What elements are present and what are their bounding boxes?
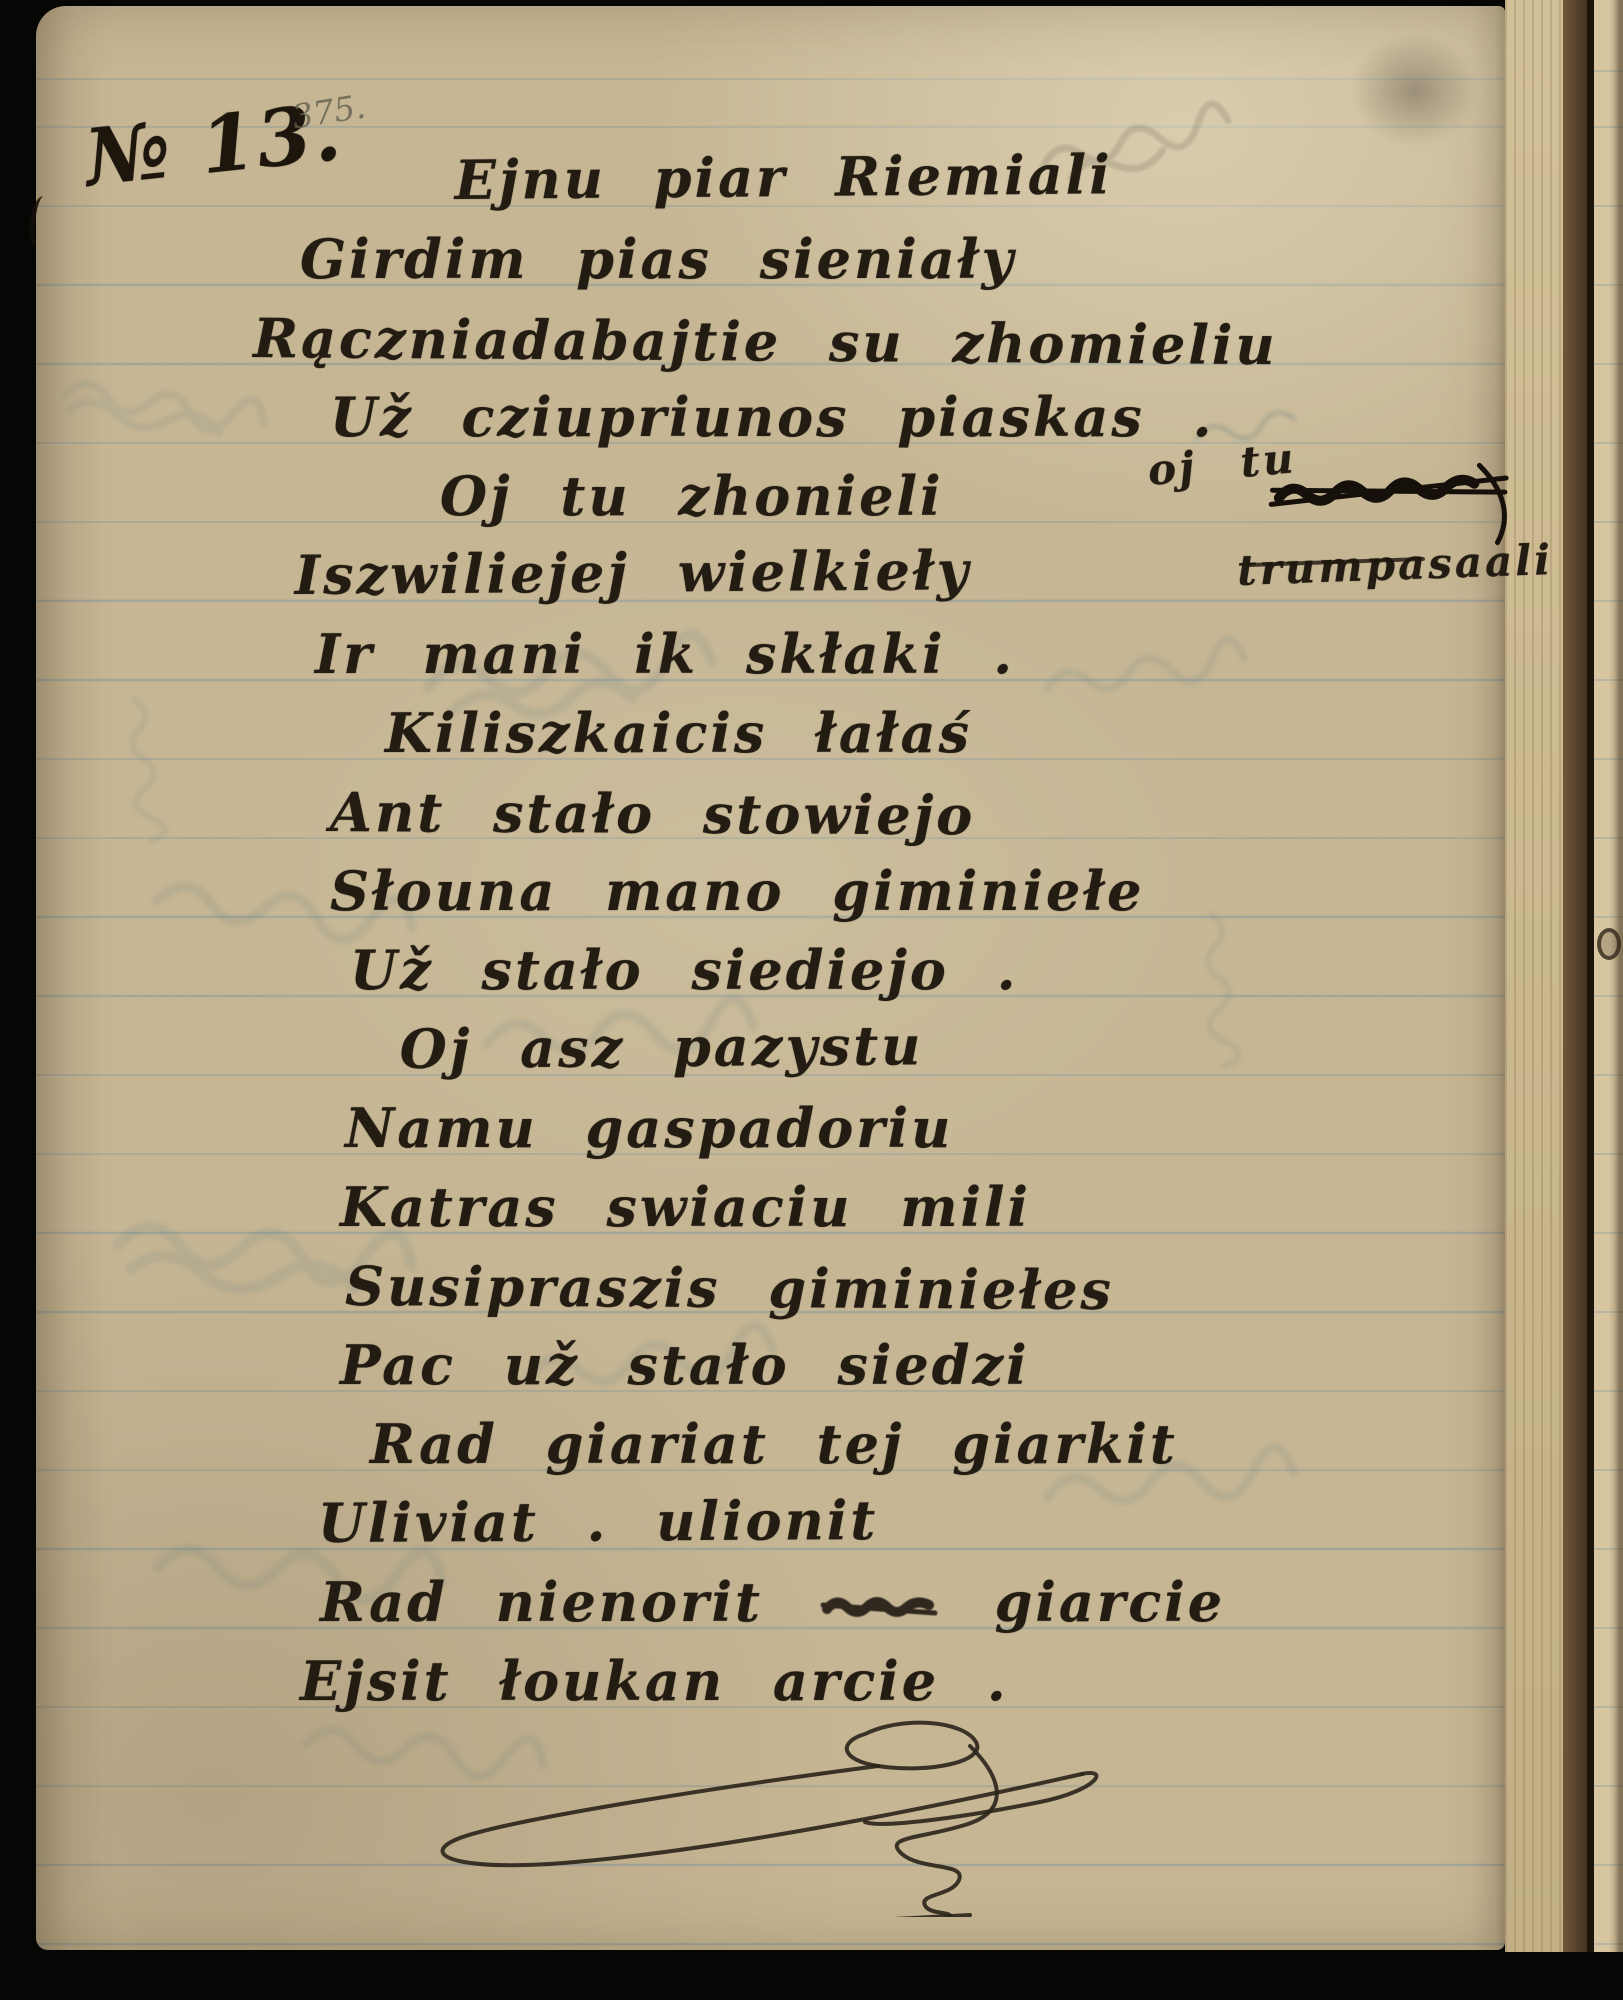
poem-line-19-before-strike: Rad nienorit	[320, 1570, 763, 1634]
scanned-manuscript-page: № 13. 375. Ejnu piar Riemiali Girdim pia…	[0, 0, 1623, 2000]
ink-smudge	[1352, 34, 1478, 146]
page-edge-strip-dark	[1563, 0, 1587, 1952]
poem-line-13: Namu gaspadoriu	[345, 1099, 953, 1157]
page-edge-shadow-line	[1587, 0, 1594, 1952]
poem-line-15: Susipraszis giminiełes	[345, 1257, 1114, 1319]
bleed-through-mark	[48, 305, 282, 506]
poem-line-19: Rad nienorit giarcie	[320, 1573, 1225, 1631]
poem-line-7: Ir mani ik skłaki .	[315, 625, 1015, 683]
poem-line-2: Girdim pias sieniały	[300, 230, 1016, 288]
poem-line-10: Słouna mano giminiełe	[330, 862, 1145, 920]
poem-line-5: Oj tu zhonieli	[440, 467, 943, 525]
poem-line-20: Ejsit łoukan arcie .	[300, 1652, 1009, 1710]
poem-line-4: Už cziupriunos piaskas .	[330, 388, 1214, 446]
poem-line-14: Katras swiaciu mili	[340, 1178, 1031, 1236]
strikethrough-scribble-small	[819, 1585, 939, 1627]
poem-line-9: Ant stało stowiejo	[330, 783, 975, 844]
bleed-through-mark	[1065, 900, 1375, 1081]
poem-line-11: Už stało siediejo .	[350, 941, 1019, 999]
poem-line-17: Rad giariat tej giarkit	[370, 1415, 1178, 1473]
poem-line-16: Pac už stało siedzi	[340, 1336, 1030, 1394]
poem-line-1: Ejnu piar Riemiali	[454, 145, 1112, 209]
poem-line-8: Kiliszkaicis łałaś	[385, 704, 972, 762]
poem-line-6: Iszwiliejej wielkieły	[295, 541, 972, 604]
poem-line-18: Uliviat . ulionit	[318, 1491, 879, 1552]
poem-line-19-after-strike: giarcie	[995, 1570, 1225, 1634]
poem-line-12: Oj asz pazystu	[400, 1016, 924, 1078]
page-edge-strip-outer	[1594, 0, 1623, 1952]
poem-line-3: Rączniadabajtie su zhomieliu	[253, 309, 1278, 374]
page-edge-strip-inner	[1505, 0, 1563, 1952]
pen-flourish-drawing	[410, 1712, 1110, 1917]
edge-ink-mark	[1597, 928, 1621, 960]
